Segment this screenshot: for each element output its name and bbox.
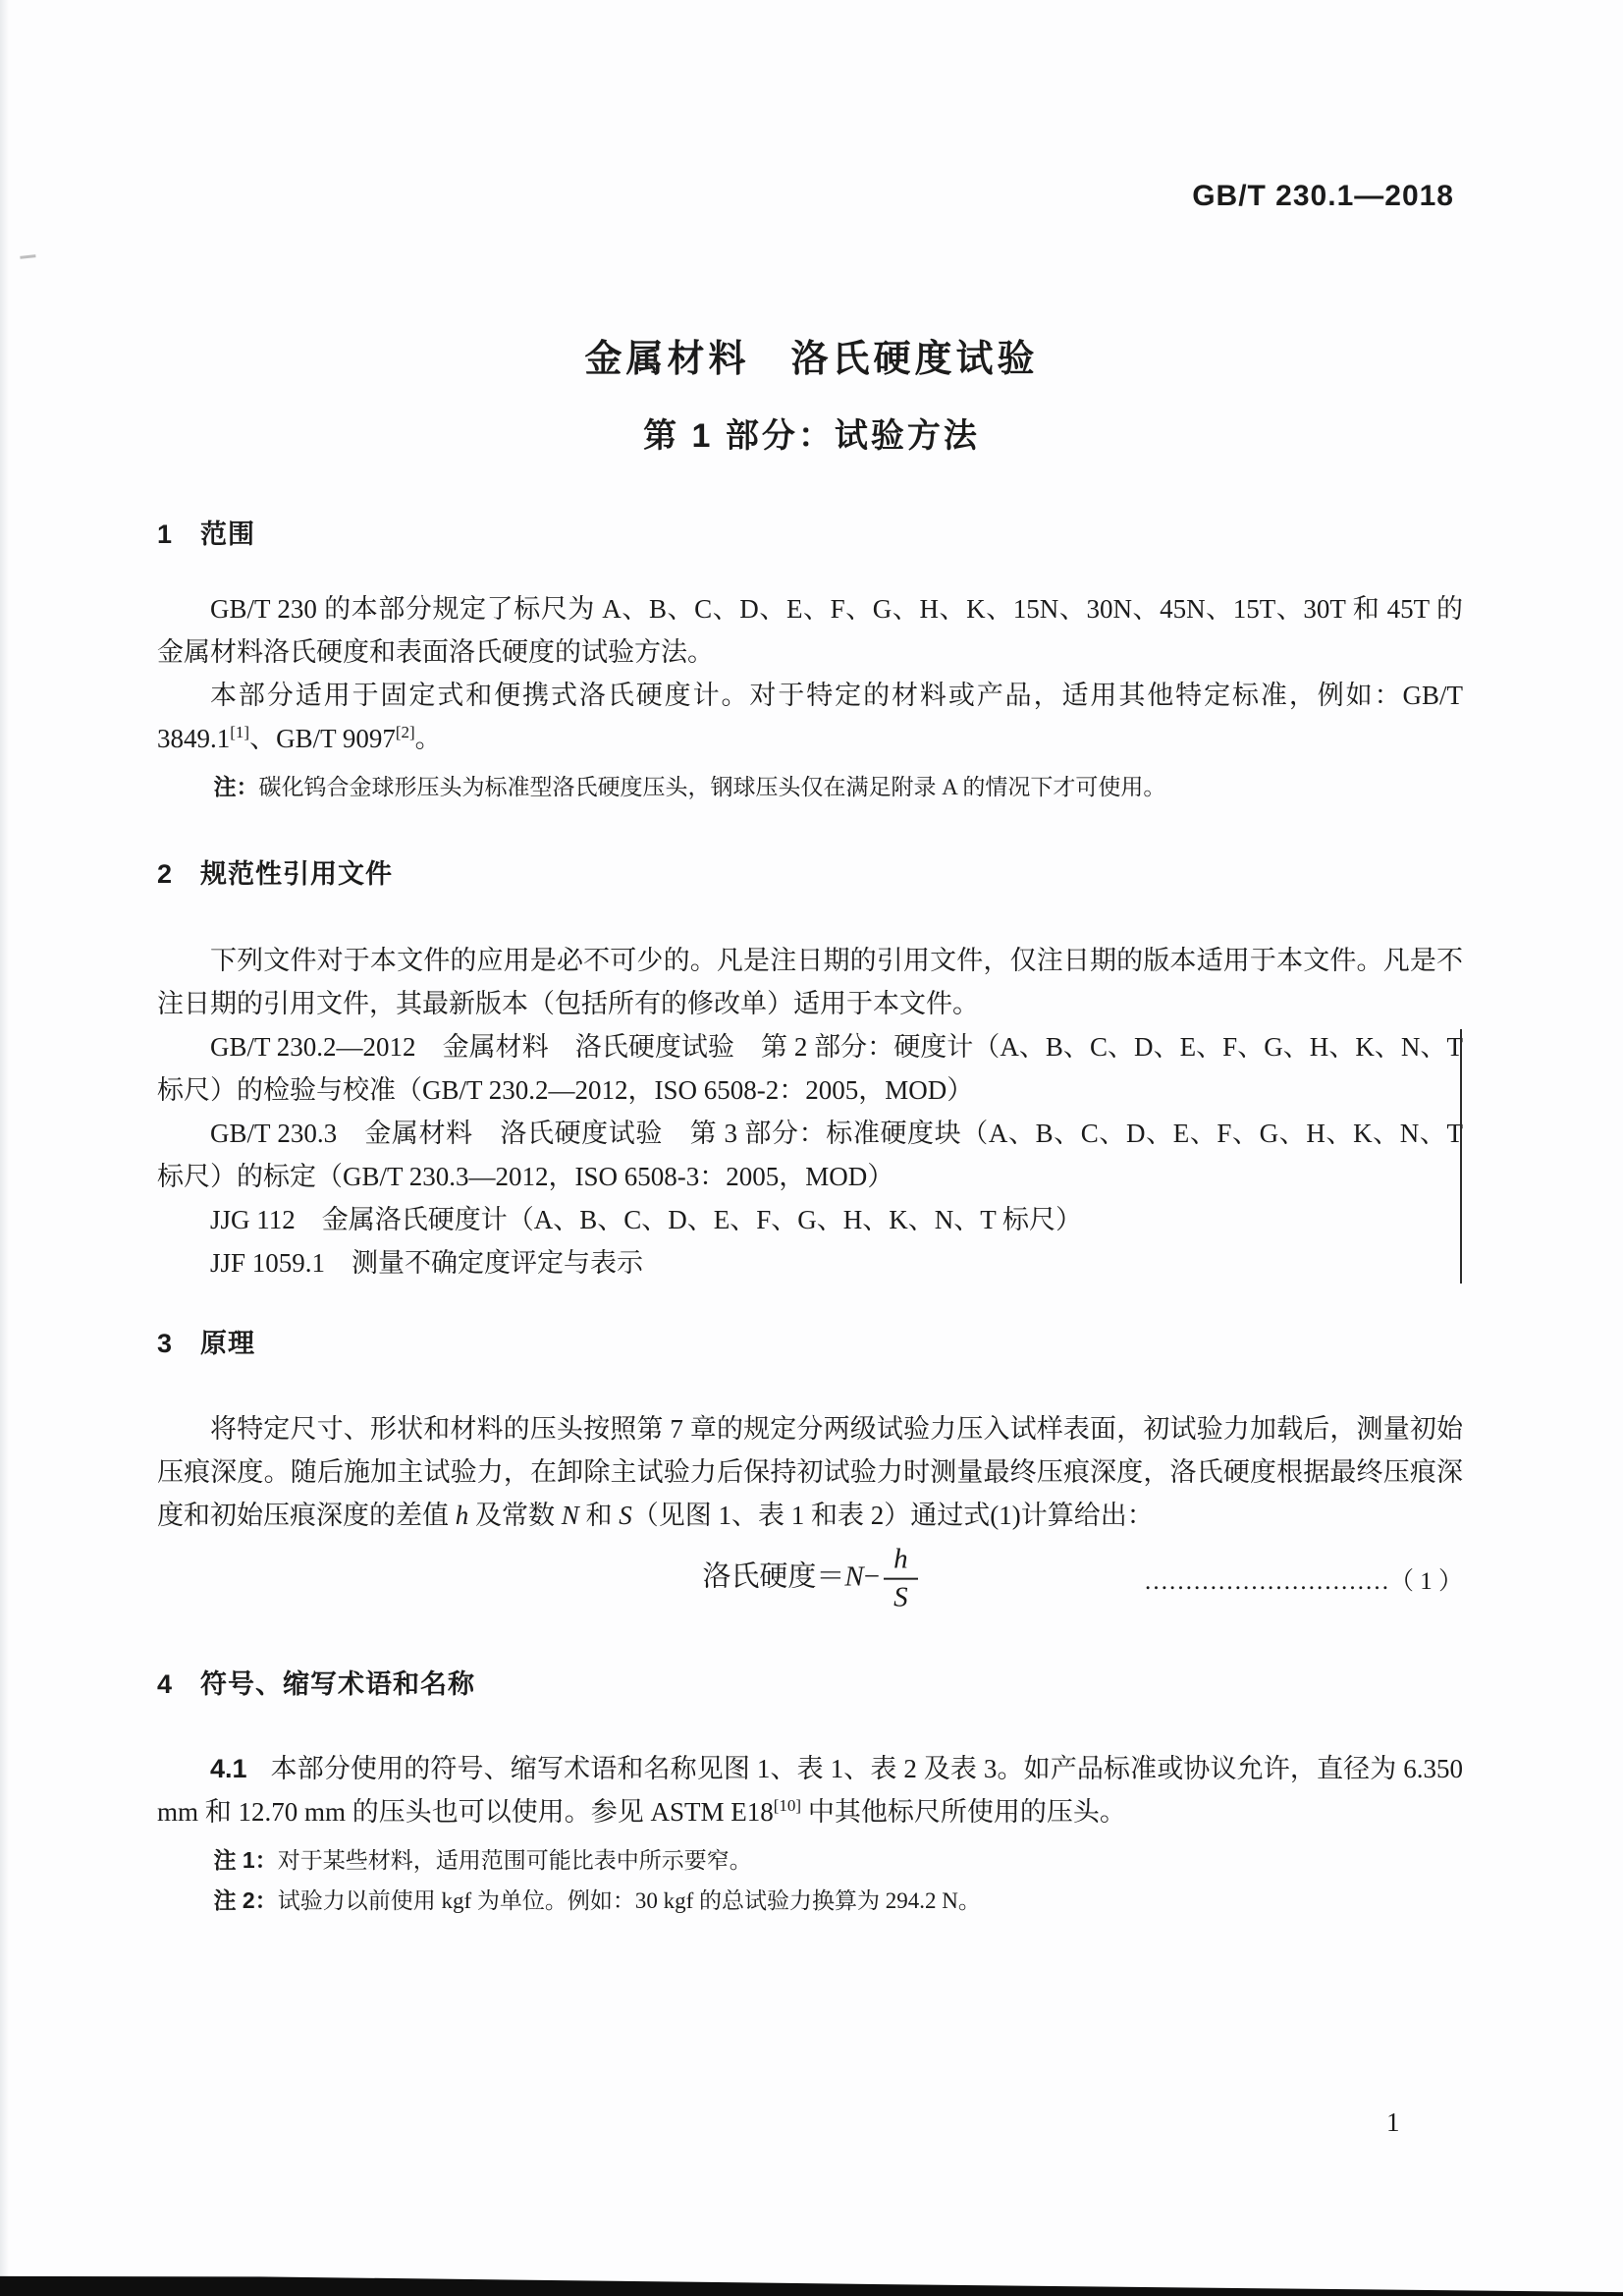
normative-reference-item: GB/T 230.2—2012 金属材料 洛氏硬度试验 第 2 部分：硬度计（A… [157,1025,1463,1112]
title-line-1: 金属材料 洛氏硬度试验 [0,328,1623,382]
fraction-numerator-h: h [884,1544,918,1580]
note-text: 碳化钨合金球形压头为标准型洛氏硬度压头，钢球压头仅在满足附录 A 的情况下才可使… [259,775,1166,799]
reference-superscript-2: [2] [396,723,415,741]
normative-intro-paragraph: 下列文件对于本文件的应用是必不可少的。凡是注日期的引用文件，仅注日期的版本适用于… [157,939,1463,1025]
normative-reference-item: GB/T 230.3 金属材料 洛氏硬度试验 第 3 部分：标准硬度块（A、B、… [157,1112,1463,1198]
normative-reference-item: JJF 1059.1 测量不确定度评定与表示 [157,1241,1463,1285]
document-title: 金属材料 洛氏硬度试验 第 1 部分：试验方法 [0,328,1623,457]
note-2-text: 试验力以前使用 kgf 为单位。例如：30 kgf 的总试验力换算为 294.2… [278,1888,981,1913]
principle-text-3: 和 [579,1501,620,1530]
scope-paragraph-1: GB/T 230 的本部分规定了标尺为 A、B、C、D、E、F、G、H、K、15… [157,587,1463,674]
formula-lhs: 洛氏硬度 [702,1561,816,1593]
standard-number: GB/T 230.1—2018 [1192,180,1454,213]
clause-note-2: 注 2：试验力以前使用 kgf 为单位。例如：30 kgf 的总试验力换算为 2… [157,1881,1463,1921]
document-page: GB/T 230.1—2018 金属材料 洛氏硬度试验 第 1 部分：试验方法 … [0,0,1623,2296]
variable-S: S [619,1501,632,1530]
clause-4-1-label: 4.1 [210,1754,247,1783]
reference-superscript-1: [1] [230,723,249,741]
clause-note-1: 注 1：对于某些材料，适用范围可能比表中所示要窄。 [157,1840,1463,1881]
principle-paragraph: 将特定尺寸、形状和材料的压头按照第 7 章的规定分两级试验力压入试样表面，初试验… [157,1407,1463,1537]
section-1-body: GB/T 230 的本部分规定了标尺为 A、B、C、D、E、F、G、H、K、15… [157,587,1463,807]
variable-h: h [456,1501,469,1530]
note-label: 注： [214,774,259,799]
principle-text-4: （见图 1、表 1 和表 2）通过式(1)计算给出： [632,1501,1154,1530]
scan-stray-mark [19,246,35,259]
section-3-heading: 3 原理 [157,1322,1463,1360]
note-1-label: 注 1： [214,1847,278,1873]
section-4-body: 4.1本部分使用的符号、缩写术语和名称见图 1、表 1、表 2 及表 3。如产品… [157,1747,1463,1921]
fraction-denominator-S: S [884,1580,918,1614]
equation-leader-dots: …………………………（ 1 ） [1144,1561,1463,1597]
section-2-body: 下列文件对于本文件的应用是必不可少的。凡是注日期的引用文件，仅注日期的版本适用于… [157,939,1463,1285]
note-2-label: 注 2： [214,1887,278,1913]
section-1-heading: 1 范围 [157,513,1463,551]
scope-paragraph-2: 本部分适用于固定式和便携式洛氏硬度计。对于特定的材料或产品，适用其他特定标准，例… [157,674,1463,760]
title-line-2: 第 1 部分：试验方法 [0,409,1623,457]
page-number: 1 [1386,2107,1400,2138]
formula-minus: − [864,1561,880,1593]
principle-text-2: 及常数 [468,1501,562,1530]
equation-number: （ 1 ） [1389,1568,1463,1595]
clause-4-1-end: 中其他标尺所使用的压头。 [801,1797,1126,1827]
normative-reference-item: JJG 112 金属洛氏硬度计（A、B、C、D、E、F、G、H、K、N、T 标尺… [157,1198,1463,1241]
formula-equals: ＝ [816,1561,844,1593]
scope-note: 注：碳化钨合金球形压头为标准型洛氏硬度压头，钢球压头仅在满足附录 A 的情况下才… [157,767,1463,807]
formula-N: N [844,1561,863,1593]
formula-fraction: hS [884,1544,918,1615]
equation-1-row: 洛氏硬度＝N−hS …………………………（ 1 ） [157,1532,1463,1626]
scan-bottom-edge [0,2269,1623,2296]
note-1-text: 对于某些材料，适用范围可能比表中所示要窄。 [278,1848,752,1873]
section-3-body: 将特定尺寸、形状和材料的压头按照第 7 章的规定分两级试验力压入试样表面，初试验… [157,1407,1463,1537]
section-4-heading: 4 符号、缩写术语和名称 [157,1663,1463,1701]
reference-superscript-10: [10] [774,1796,801,1815]
clause-4-1: 4.1本部分使用的符号、缩写术语和名称见图 1、表 1、表 2 及表 3。如产品… [157,1747,1463,1833]
scope-paragraph-2-end: 。 [415,724,442,753]
leader-dots: ………………………… [1144,1568,1389,1595]
variable-N: N [562,1501,579,1530]
scope-paragraph-2-mid: 、GB/T 9097 [249,724,396,753]
section-2-heading: 2 规范性引用文件 [157,852,1463,891]
revision-change-bar [1460,1029,1462,1284]
